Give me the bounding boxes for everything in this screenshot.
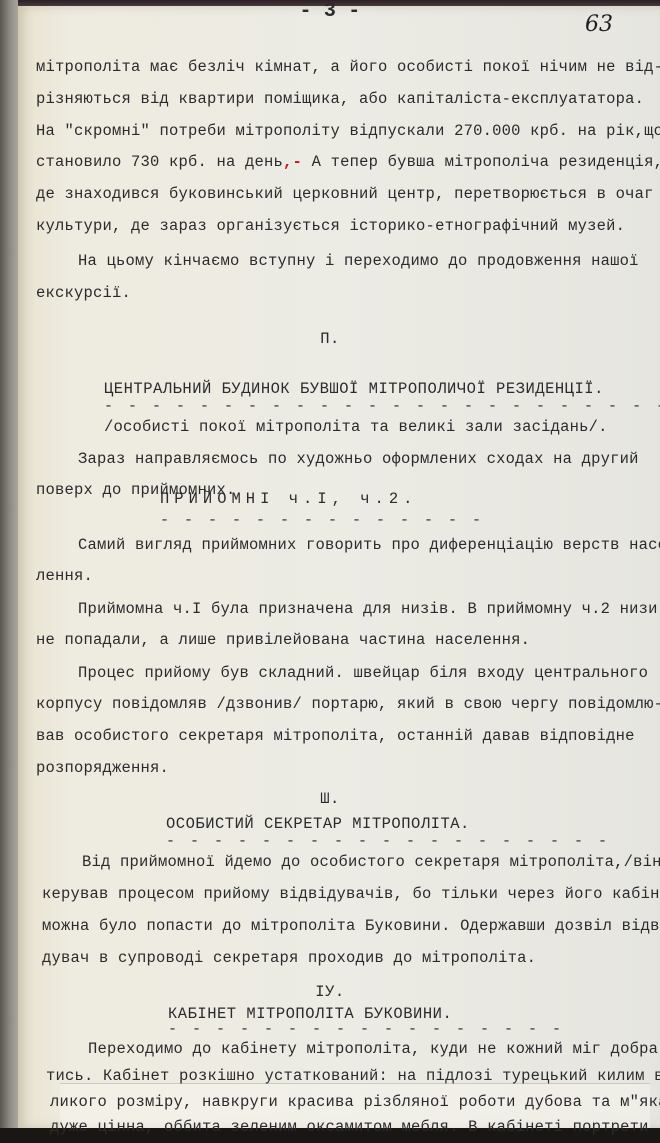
text-line: ликого розміру, навкруги красива різблян… xyxy=(50,1093,660,1111)
text-line: керував процесом прийому відвідувачів, б… xyxy=(42,885,660,903)
text-line: розпорядження. xyxy=(36,759,169,777)
text-line: Процес прийому був складний. швейцар біл… xyxy=(78,664,648,682)
text-fragment: А тепер бувша мітрополіча резиденція, xyxy=(312,153,660,171)
page-number: - 3 - xyxy=(0,0,660,23)
text-line: Переходимо до кабінету мітрополіта, куди… xyxy=(88,1040,660,1058)
red-correction-mark: ,- xyxy=(283,153,302,171)
section-number: Ш. xyxy=(0,790,660,808)
text-line: лення. xyxy=(36,567,93,585)
text-line-with-correction: становило 730 крб. на день,- А тепер був… xyxy=(36,153,660,171)
subsection-title: ПРИЙОМНІ ч.I, ч.2. xyxy=(160,490,417,508)
section-subtitle: /особисті покої мітрополіта та великі за… xyxy=(104,418,608,436)
section-number: IУ. xyxy=(0,983,660,1001)
title-underline: - - - - - - - - - - - - - - - - - - - xyxy=(166,833,610,850)
text-line: дуже цінна, оббита зеленим оксамитом меб… xyxy=(50,1118,649,1136)
title-underline: - - - - - - - - - - - - - - - - - - - - … xyxy=(104,398,660,415)
section-title: ОСОБИСТИЙ СЕКРЕТАР МІТРОПОЛІТА. xyxy=(166,815,470,833)
text-fragment: становило 730 крб. на день xyxy=(36,153,283,171)
text-line: тись. Кабінет розкішно устаткований: на … xyxy=(46,1067,660,1085)
text-line: можна було попасти до мітрополіта Букови… xyxy=(42,917,660,935)
text-line: екскурсії. xyxy=(36,284,131,302)
text-line: На цьому кінчаємо вступну і переходимо д… xyxy=(78,252,639,270)
text-line: культури, де зараз організується історик… xyxy=(36,217,625,235)
text-line: Приймомна ч.I була призначена для низів.… xyxy=(78,600,658,618)
text-line: різняються від квартири поміщика, або ка… xyxy=(36,90,644,108)
text-line: дувач в супроводі секретаря проходив до … xyxy=(42,949,536,967)
text-line: Зараз направляємось по художньо оформлен… xyxy=(78,450,639,468)
text-line: Від приймомної йдемо до особистого секре… xyxy=(82,853,660,871)
section-number: П. xyxy=(0,330,660,348)
title-underline: - - - - - - - - - - - - - - xyxy=(160,512,484,529)
text-line: не попадали, а лише привілейована частин… xyxy=(36,631,530,649)
title-underline: - - - - - - - - - - - - - - - - - xyxy=(168,1021,564,1038)
section-title: ЦЕНТРАЛЬНИЙ БУДИНОК БУВШОЇ МІТРОПОЛИЧОЇ … xyxy=(104,380,604,398)
text-line: корпусу повідомляв /дзвонив/ портарю, як… xyxy=(36,695,660,713)
text-line: мітрополіта має безліч кімнат, а його ос… xyxy=(36,58,660,76)
text-line: Самий вигляд приймомних говорить про диф… xyxy=(78,536,660,554)
text-line: де знаходився буковинський церковний цен… xyxy=(36,185,654,203)
archive-folio-number: 63 xyxy=(585,12,613,37)
text-line: На "скромні" потреби мітрополіту відпуск… xyxy=(36,122,660,140)
text-line: вав особистого секретаря мітрополіта, ос… xyxy=(36,727,635,745)
